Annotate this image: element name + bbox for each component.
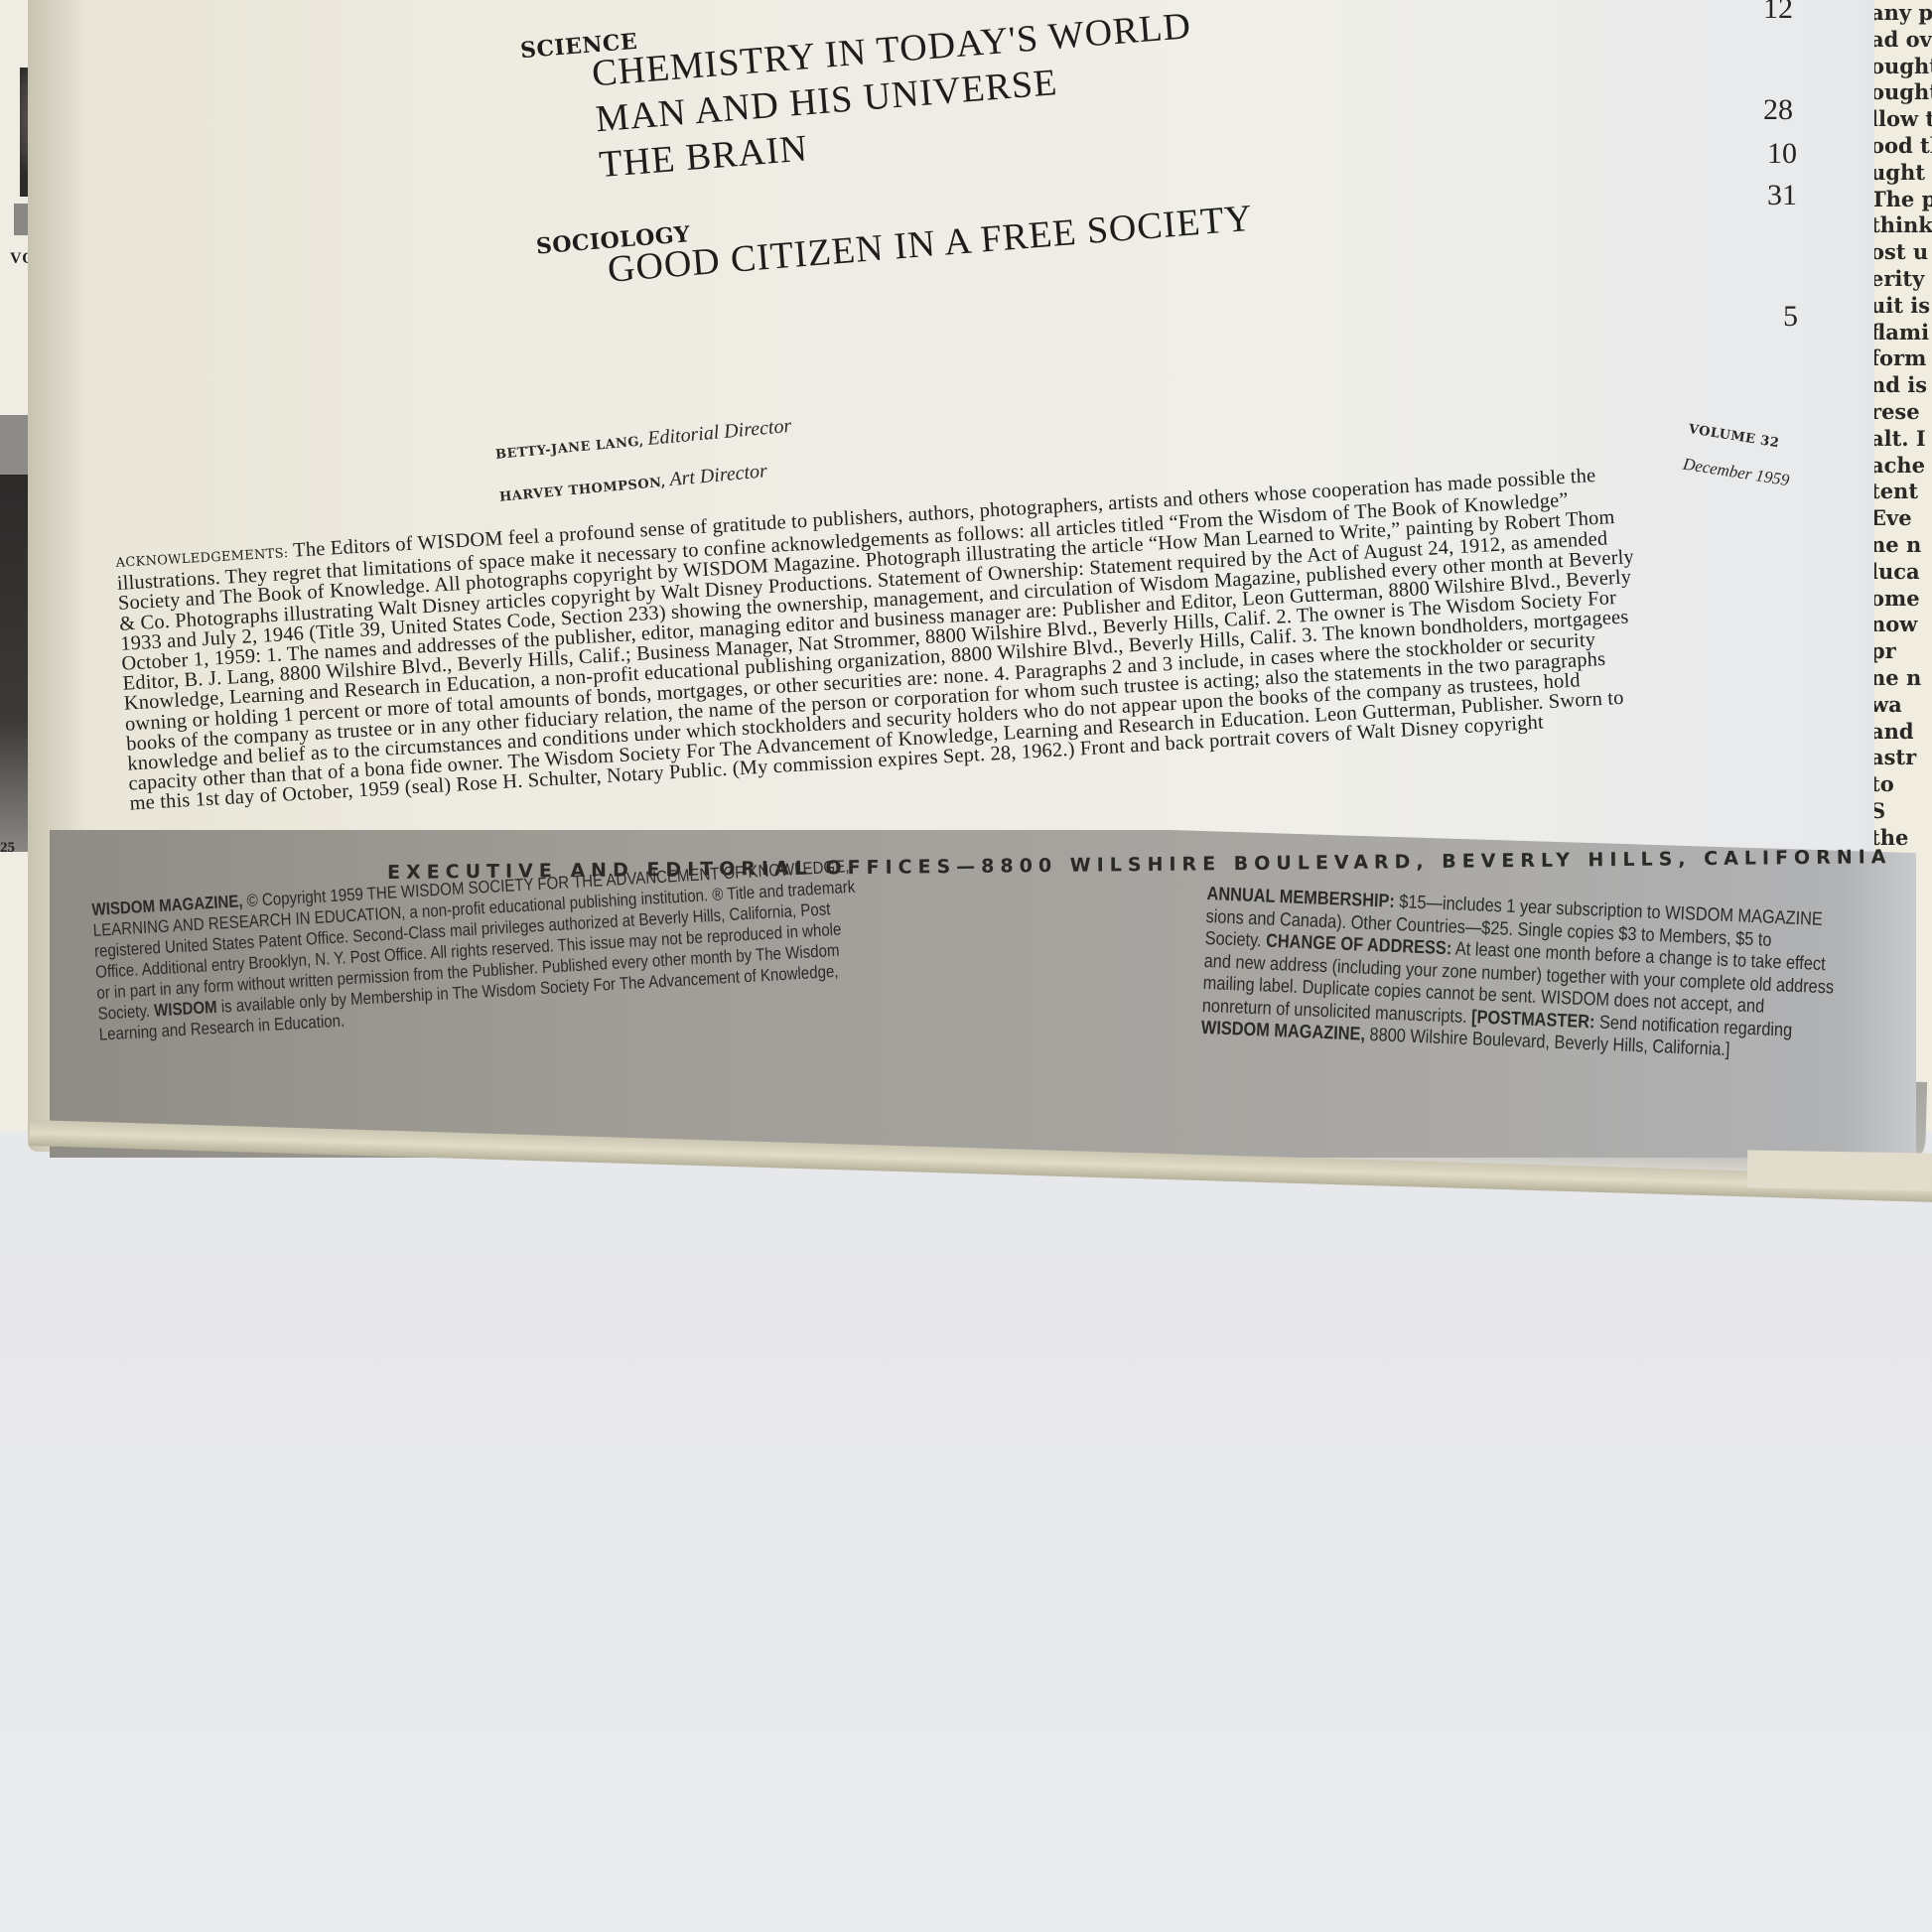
facing-page-text: llow t bbox=[1874, 106, 1932, 133]
facing-page-text: wa bbox=[1874, 692, 1932, 719]
facing-page-text: tent bbox=[1874, 479, 1932, 505]
facing-page-text: ache bbox=[1874, 453, 1932, 480]
facing-page-text: The p bbox=[1874, 187, 1932, 213]
membership-line: Society. bbox=[1204, 928, 1266, 952]
facing-page-text: flami bbox=[1874, 320, 1932, 346]
facing-page-text: think bbox=[1874, 212, 1932, 239]
facing-page-text: nd is bbox=[1874, 372, 1932, 399]
facing-page-text: oughts bbox=[1874, 54, 1932, 80]
facing-page-text: ne n bbox=[1874, 665, 1932, 692]
facing-page-text: ad ove bbox=[1874, 27, 1932, 54]
table-surface bbox=[0, 1172, 1932, 1932]
art-director-title: Art Director bbox=[668, 460, 767, 490]
copyright-line: Society. bbox=[97, 1001, 155, 1024]
facing-page-text: form bbox=[1874, 345, 1932, 372]
facing-page-text: alt. I bbox=[1874, 426, 1932, 453]
facing-page-text: luca bbox=[1874, 559, 1932, 586]
toc-page-number: 12 bbox=[1763, 0, 1793, 26]
toc-page-number: 5 bbox=[1783, 300, 1798, 334]
facing-page-text: oughts bbox=[1874, 79, 1932, 106]
facing-page-text: to bbox=[1874, 771, 1932, 798]
toc-item: GOOD CITIZEN IN A FREE SOCIETY bbox=[606, 197, 1254, 292]
facing-page-text: S bbox=[1874, 798, 1932, 825]
facing-page-text: any p bbox=[1874, 0, 1932, 27]
magazine-name: WISDOM bbox=[154, 997, 218, 1021]
toc-page-number: 10 bbox=[1767, 137, 1797, 171]
facing-page-text: pr bbox=[1874, 638, 1932, 665]
facing-page-text: ost u bbox=[1874, 239, 1932, 266]
facing-page-text: rese bbox=[1874, 399, 1932, 426]
art-director-name: HARVEY THOMPSON, bbox=[498, 476, 666, 505]
facing-page-text: erity bbox=[1874, 266, 1932, 293]
facing-page-text: now bbox=[1874, 612, 1932, 638]
book-cover-edge bbox=[1747, 1150, 1932, 1190]
facing-page-text: ught bbox=[1874, 160, 1932, 187]
facing-page-text: uit is bbox=[1874, 293, 1932, 320]
facing-page-text: ood th bbox=[1874, 133, 1932, 160]
postmaster-heading: [POSTMASTER: bbox=[1471, 1007, 1595, 1033]
toc-page-number: 28 bbox=[1763, 93, 1793, 127]
facing-page-text: astr bbox=[1874, 745, 1932, 771]
facing-page-text: Eve bbox=[1874, 505, 1932, 532]
facing-page-text: and bbox=[1874, 719, 1932, 746]
page-number: 25 bbox=[0, 840, 15, 857]
membership-notice: ANNUAL MEMBERSHIP: $15—includes 1 year s… bbox=[1200, 884, 1921, 1070]
facing-page-text: ome bbox=[1874, 586, 1932, 613]
toc-page-number: 31 bbox=[1767, 179, 1797, 212]
facing-page-text: ne n bbox=[1874, 532, 1932, 559]
